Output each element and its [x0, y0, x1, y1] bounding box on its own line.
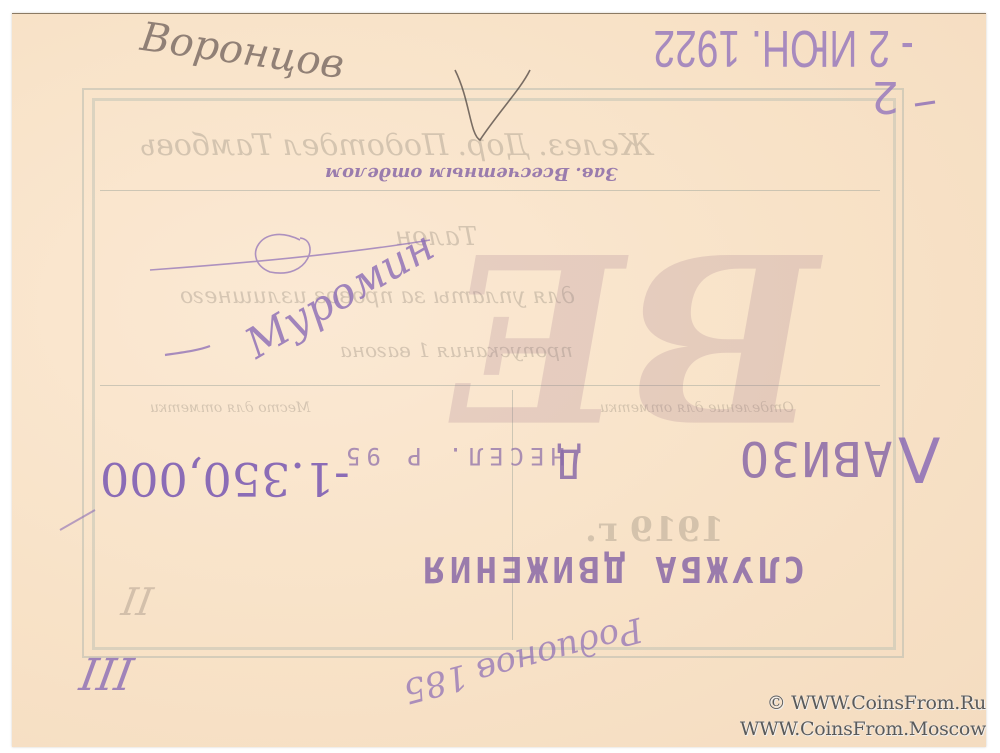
- watermark-line-2: WWW.CoinsFrom.Moscow: [740, 718, 986, 740]
- date-stamp: - 2 ИЮН. 1922: [653, 18, 913, 78]
- service-stamp: СЛУЖБА ДВИЖЕНИЯ: [420, 548, 805, 589]
- serial-stamp: НЕСЕЛ. Р 95: [340, 442, 565, 470]
- watermark-line-1: © WWW.CoinsFrom.Ru: [767, 692, 986, 714]
- bleedthrough-col-header: Место для отметки: [150, 400, 310, 416]
- bleedthrough-heading: Желез. Дор. Подотдел Тамбовь: [140, 128, 653, 163]
- bleedthrough-year: 1919 г.: [585, 510, 724, 550]
- frame-rule: [100, 190, 880, 191]
- avizo-stamp: АВИЗО: [738, 430, 893, 486]
- handwritten-amount: -1.350,000: [100, 452, 350, 506]
- office-stamp: Зав. Всесчетным отделом: [325, 163, 618, 184]
- avizo-check-mark: V: [898, 425, 940, 498]
